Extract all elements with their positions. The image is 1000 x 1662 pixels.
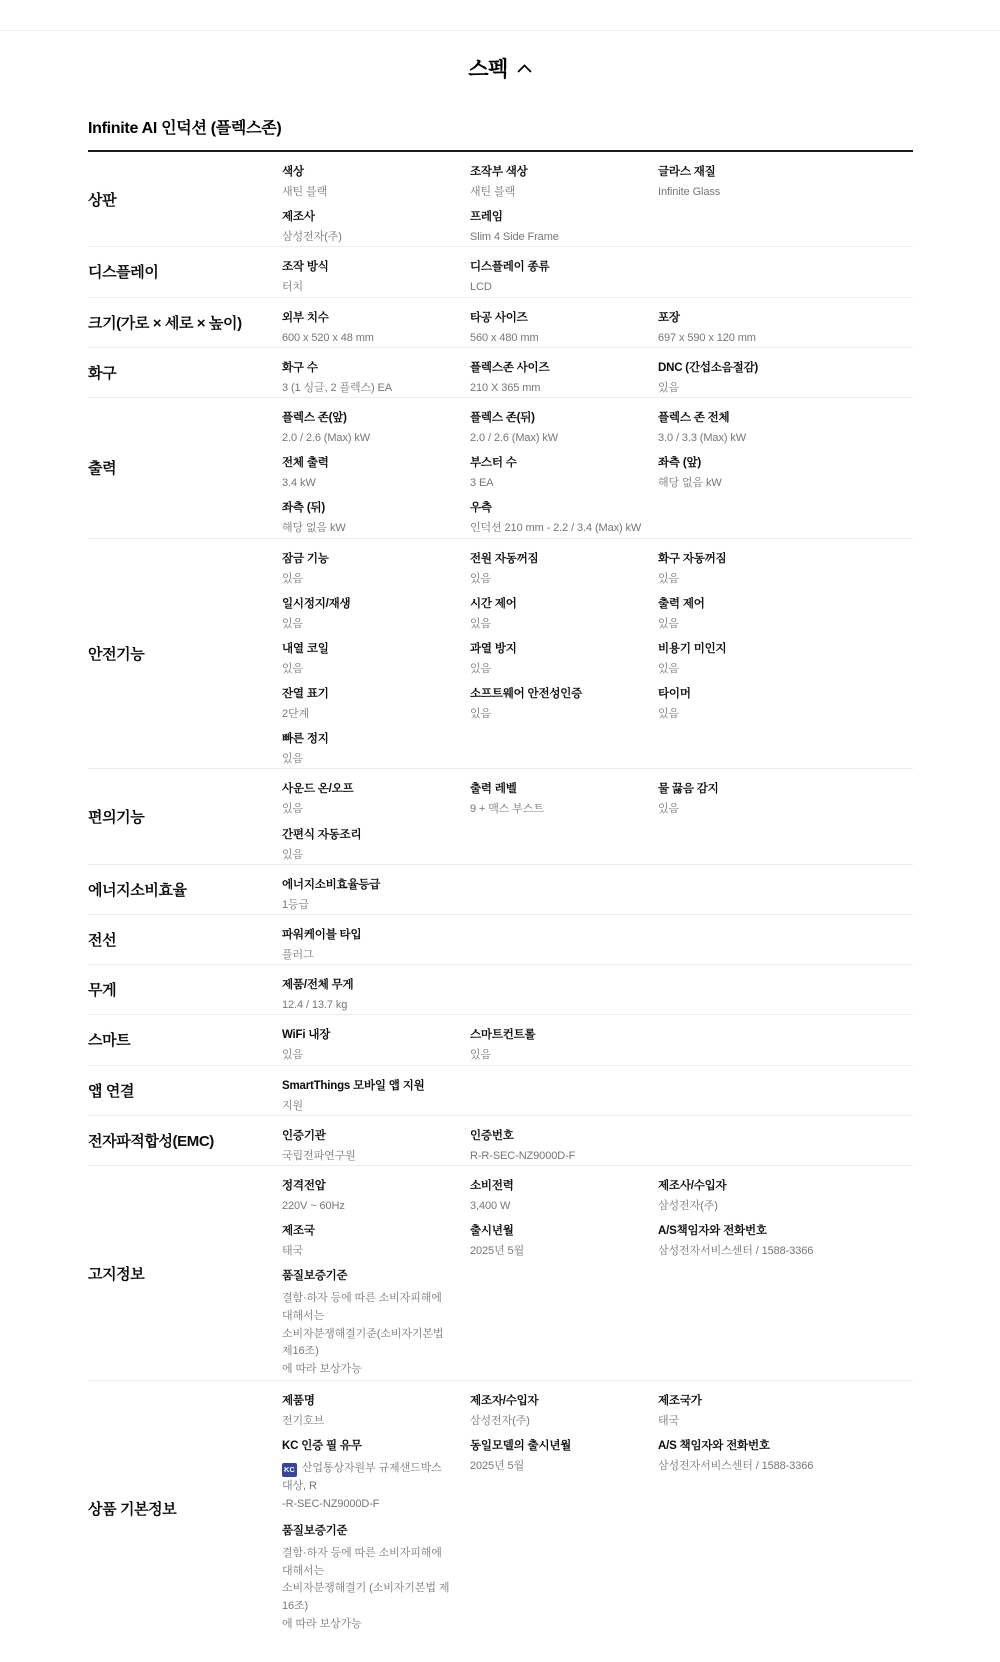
spec-item-value: 플러그 bbox=[282, 949, 454, 962]
spec-row: 전선파워케이블 타입플러그 bbox=[88, 915, 913, 965]
spec-row-items: 화구 수3 (1 싱글, 2 플렉스) EA플렉스존 사이즈210 X 365 … bbox=[282, 350, 913, 395]
spec-item-label: 타공 사이즈 bbox=[470, 309, 642, 325]
spec-item-label: 제조국가 bbox=[658, 1392, 897, 1408]
spec-item: 제품명전기호브 bbox=[282, 1383, 470, 1428]
spec-item: WiFi 내장있음 bbox=[282, 1017, 470, 1062]
spec-row-label: 안전기능 bbox=[88, 643, 282, 664]
spec-row-items: 제품/전체 무게12.4 / 13.7 kg bbox=[282, 967, 913, 1012]
spec-item: 제품/전체 무게12.4 / 13.7 kg bbox=[282, 967, 470, 1012]
spec-item-value: 있음 bbox=[282, 753, 454, 766]
spec-item-label: 사운드 온/오프 bbox=[282, 780, 454, 796]
spec-item: 물 끓음 감지있음 bbox=[658, 771, 913, 816]
kc-certification-icon: KC bbox=[282, 1463, 297, 1477]
spec-row: 상판색상새틴 블랙조작부 색상새틴 블랙글라스 재질Infinite Glass… bbox=[88, 152, 913, 247]
spec-item: 좌측 (뒤)해당 없음 kW bbox=[282, 490, 470, 535]
spec-item: 외부 치수600 x 520 x 48 mm bbox=[282, 300, 470, 345]
spec-row: 디스플레이조작 방식터치디스플레이 종류LCD bbox=[88, 247, 913, 297]
spec-item-label: 잠금 기능 bbox=[282, 550, 454, 566]
spec-row-label: 앱 연결 bbox=[88, 1080, 282, 1101]
spec-item: 간편식 자동조리있음 bbox=[282, 817, 470, 862]
spec-item-label: 일시정지/재생 bbox=[282, 595, 454, 611]
spec-item-value: 3 EA bbox=[470, 477, 642, 490]
spec-item-value: 있음 bbox=[282, 663, 454, 676]
spec-item-label: DNC (간섭소음절감) bbox=[658, 359, 897, 375]
spec-row-label: 편의기능 bbox=[88, 806, 282, 827]
spec-row-label: 화구 bbox=[88, 362, 282, 383]
spec-item-value: 국립전파연구원 bbox=[282, 1150, 454, 1163]
spec-item-label: 인증번호 bbox=[470, 1127, 642, 1143]
spec-item: 전체 출력3.4 kW bbox=[282, 445, 470, 490]
spec-item-label: 디스플레이 종류 bbox=[470, 258, 642, 274]
spec-item: 제조사삼성전자(주) bbox=[282, 199, 470, 244]
spec-item: SmartThings 모바일 앱 지원지원 bbox=[282, 1068, 470, 1113]
spec-row: 전자파적합성(EMC)인증기관국립전파연구원인증번호R-R-SEC-NZ9000… bbox=[88, 1116, 913, 1166]
spec-item-label: 품질보증기준 bbox=[282, 1522, 454, 1538]
spec-row: 에너지소비효율에너지소비효율등급1등급 bbox=[88, 865, 913, 915]
spec-item: 부스터 수3 EA bbox=[470, 445, 658, 490]
spec-item-label: 전원 자동꺼짐 bbox=[470, 550, 642, 566]
spec-item-value: 있음 bbox=[658, 573, 897, 586]
spec-item-label: 플렉스 존 전체 bbox=[658, 409, 897, 425]
spec-item-label: 부스터 수 bbox=[470, 454, 642, 470]
spec-item-label: 파워케이블 타입 bbox=[282, 926, 454, 942]
spec-row: 출력플렉스 존(앞)2.0 / 2.6 (Max) kW플렉스 존(뒤)2.0 … bbox=[88, 398, 913, 539]
spec-item-value: 있음 bbox=[470, 708, 642, 721]
spec-row-label: 디스플레이 bbox=[88, 261, 282, 282]
spec-item: 플렉스존 사이즈210 X 365 mm bbox=[470, 350, 658, 395]
spec-item-label: 소비전력 bbox=[470, 1177, 642, 1193]
spec-item-label: 인증기관 bbox=[282, 1127, 454, 1143]
spec-row-label: 상판 bbox=[88, 189, 282, 210]
spec-item: 출력 제어있음 bbox=[658, 586, 913, 631]
spec-item-label: 빠른 정지 bbox=[282, 730, 454, 746]
spec-item: 조작 방식터치 bbox=[282, 249, 470, 294]
spec-item-value: 600 x 520 x 48 mm bbox=[282, 332, 454, 345]
spec-row-label: 고지정보 bbox=[88, 1263, 282, 1284]
spec-item-value: 있음 bbox=[470, 573, 642, 586]
spec-header: 스펙 bbox=[0, 0, 1000, 84]
spec-item-label: 플렉스존 사이즈 bbox=[470, 359, 642, 375]
spec-row-label: 상품 기본정보 bbox=[88, 1498, 282, 1519]
spec-item: 제조국태국 bbox=[282, 1213, 470, 1258]
spec-item-label: 플렉스 존(뒤) bbox=[470, 409, 642, 425]
spec-item: 좌측 (앞)해당 없음 kW bbox=[658, 445, 913, 490]
spec-row: 편의기능사운드 온/오프있음출력 레벨9 + 맥스 부스트물 끓음 감지있음간편… bbox=[88, 769, 913, 864]
spec-item-label: 정격전압 bbox=[282, 1177, 454, 1193]
spec-item-value: 있음 bbox=[282, 1049, 454, 1062]
spec-content: Infinite AI 인덕션 (플렉스존) 상판색상새틴 블랙조작부 색상새틴… bbox=[88, 115, 913, 1635]
spec-item: 글라스 재질Infinite Glass bbox=[658, 154, 913, 199]
spec-item-value: 새틴 블랙 bbox=[470, 186, 642, 199]
spec-item: 소비전력3,400 W bbox=[470, 1168, 658, 1213]
spec-item-value: 전기호브 bbox=[282, 1415, 454, 1428]
spec-item-label: 과열 방지 bbox=[470, 640, 642, 656]
spec-item-label: 좌측 (뒤) bbox=[282, 499, 454, 515]
spec-section-toggle[interactable]: 스펙 bbox=[462, 52, 538, 84]
spec-item-label: 플렉스 존(앞) bbox=[282, 409, 454, 425]
spec-item-value: Slim 4 Side Frame bbox=[470, 231, 642, 244]
spec-item: 전원 자동꺼짐있음 bbox=[470, 541, 658, 586]
spec-item: 색상새틴 블랙 bbox=[282, 154, 470, 199]
spec-item-value: 2025년 5월 bbox=[470, 1460, 642, 1473]
spec-item: 잔열 표기2단계 bbox=[282, 676, 470, 721]
spec-item-value: 있음 bbox=[282, 849, 454, 862]
spec-item-label: WiFi 내장 bbox=[282, 1026, 454, 1042]
spec-item-label: 스마트컨트롤 bbox=[470, 1026, 642, 1042]
spec-item-value: 태국 bbox=[282, 1245, 454, 1258]
spec-item: 제조자/수입자삼성전자(주) bbox=[470, 1383, 658, 1428]
spec-row-label: 전자파적합성(EMC) bbox=[88, 1130, 282, 1151]
spec-item: 제조국가태국 bbox=[658, 1383, 913, 1428]
spec-item: 포장697 x 590 x 120 mm bbox=[658, 300, 913, 345]
spec-table: 상판색상새틴 블랙조작부 색상새틴 블랙글라스 재질Infinite Glass… bbox=[88, 152, 913, 1635]
spec-item-value: 삼성전자(주) bbox=[470, 1415, 642, 1428]
spec-item-value: 있음 bbox=[470, 663, 642, 676]
spec-item-label: 품질보증기준 bbox=[282, 1267, 454, 1283]
spec-item: 플렉스 존(뒤)2.0 / 2.6 (Max) kW bbox=[470, 400, 658, 445]
spec-row-items: 색상새틴 블랙조작부 색상새틴 블랙글라스 재질Infinite Glass제조… bbox=[282, 154, 913, 244]
spec-item-label: 제품/전체 무게 bbox=[282, 976, 454, 992]
spec-row-items: 잠금 기능있음전원 자동꺼짐있음화구 자동꺼짐있음일시정지/재생있음시간 제어있… bbox=[282, 541, 913, 767]
spec-item-value: KC산업통상자원부 규제샌드박스 대상, R -R-SEC-NZ9000D-F bbox=[282, 1460, 454, 1513]
spec-item-value: 있음 bbox=[658, 708, 897, 721]
spec-row-items: 사운드 온/오프있음출력 레벨9 + 맥스 부스트물 끓음 감지있음간편식 자동… bbox=[282, 771, 913, 861]
spec-item: 제조사/수입자삼성전자(주) bbox=[658, 1168, 913, 1213]
spec-item: 조작부 색상새틴 블랙 bbox=[470, 154, 658, 199]
spec-item-value: 2.0 / 2.6 (Max) kW bbox=[282, 432, 454, 445]
spec-item-label: 타이머 bbox=[658, 685, 897, 701]
spec-item-value: 태국 bbox=[658, 1415, 897, 1428]
spec-item-label: 잔열 표기 bbox=[282, 685, 454, 701]
spec-item-value: 2.0 / 2.6 (Max) kW bbox=[470, 432, 642, 445]
spec-row-label: 크기(가로 × 세로 × 높이) bbox=[88, 312, 282, 333]
spec-item-label: 제조사/수입자 bbox=[658, 1177, 897, 1193]
spec-row-label: 전선 bbox=[88, 929, 282, 950]
spec-row: 상품 기본정보제품명전기호브제조자/수입자삼성전자(주)제조국가태국KC 인증 … bbox=[88, 1381, 913, 1635]
spec-item-label: KC 인증 필 유무 bbox=[282, 1437, 454, 1453]
page-top-divider bbox=[0, 30, 1000, 31]
spec-item-value: 있음 bbox=[470, 1049, 642, 1062]
spec-row: 화구화구 수3 (1 싱글, 2 플렉스) EA플렉스존 사이즈210 X 36… bbox=[88, 348, 913, 398]
spec-item: 파워케이블 타입플러그 bbox=[282, 917, 470, 962]
spec-item: 스마트컨트롤있음 bbox=[470, 1017, 658, 1062]
spec-item-value: 삼성전자(주) bbox=[658, 1200, 897, 1213]
spec-item-value: 220V ~ 60Hz bbox=[282, 1200, 454, 1213]
spec-item-value: 터치 bbox=[282, 281, 454, 294]
spec-item-value: 있음 bbox=[658, 663, 897, 676]
spec-item-label: 조작 방식 bbox=[282, 258, 454, 274]
spec-row-items: 플렉스 존(앞)2.0 / 2.6 (Max) kW플렉스 존(뒤)2.0 / … bbox=[282, 400, 913, 536]
spec-item: 품질보증기준결함·하자 등에 따른 소비자피해에 대해서는 소비자분쟁해결기 (… bbox=[282, 1513, 470, 1633]
spec-item-value: LCD bbox=[470, 281, 642, 294]
spec-item-value: 9 + 맥스 부스트 bbox=[470, 803, 642, 816]
spec-item-value: 삼성전자서비스센터 / 1588-3366 bbox=[658, 1245, 897, 1258]
spec-item-label: A/S 책임자와 전화번호 bbox=[658, 1437, 897, 1453]
spec-item-value: 3.0 / 3.3 (Max) kW bbox=[658, 432, 897, 445]
spec-item: A/S 책임자와 전화번호삼성전자서비스센터 / 1588-3366 bbox=[658, 1428, 913, 1513]
spec-item-label: 포장 bbox=[658, 309, 897, 325]
spec-item: 타공 사이즈560 x 480 mm bbox=[470, 300, 658, 345]
spec-item-value: 2025년 5월 bbox=[470, 1245, 642, 1258]
spec-item-label: 제품명 bbox=[282, 1392, 454, 1408]
spec-row: 크기(가로 × 세로 × 높이)외부 치수600 x 520 x 48 mm타공… bbox=[88, 298, 913, 348]
spec-item-value: 있음 bbox=[282, 803, 454, 816]
spec-row-items: 조작 방식터치디스플레이 종류LCD bbox=[282, 249, 913, 294]
spec-item-label: 출시년월 bbox=[470, 1222, 642, 1238]
spec-item: 디스플레이 종류LCD bbox=[470, 249, 658, 294]
spec-item: DNC (간섭소음절감)있음 bbox=[658, 350, 913, 395]
spec-item-label: 출력 레벨 bbox=[470, 780, 642, 796]
product-series-title: Infinite AI 인덕션 (플렉스존) bbox=[88, 115, 913, 152]
spec-row-items: 에너지소비효율등급1등급 bbox=[282, 867, 913, 912]
spec-item-value: 3,400 W bbox=[470, 1200, 642, 1213]
spec-item-label: 프레임 bbox=[470, 208, 642, 224]
spec-item-value: 있음 bbox=[282, 573, 454, 586]
spec-item-label: 물 끓음 감지 bbox=[658, 780, 897, 796]
spec-item-label: 전체 출력 bbox=[282, 454, 454, 470]
spec-item-value: 새틴 블랙 bbox=[282, 186, 454, 199]
spec-row-items: 제품명전기호브제조자/수입자삼성전자(주)제조국가태국KC 인증 필 유무KC산… bbox=[282, 1383, 913, 1633]
spec-item: 소프트웨어 안전성인증있음 bbox=[470, 676, 658, 721]
spec-item-label: 내열 코일 bbox=[282, 640, 454, 656]
spec-item-value: 있음 bbox=[470, 618, 642, 631]
spec-item-value: R-R-SEC-NZ9000D-F bbox=[470, 1150, 642, 1163]
spec-item-value: 697 x 590 x 120 mm bbox=[658, 332, 897, 345]
spec-item: 인증번호R-R-SEC-NZ9000D-F bbox=[470, 1118, 658, 1163]
spec-row: 앱 연결SmartThings 모바일 앱 지원지원 bbox=[88, 1066, 913, 1116]
spec-item-label: A/S책임자와 전화번호 bbox=[658, 1222, 897, 1238]
spec-row: 안전기능잠금 기능있음전원 자동꺼짐있음화구 자동꺼짐있음일시정지/재생있음시간… bbox=[88, 539, 913, 770]
spec-item-value: 결함·하자 등에 따른 소비자피해에 대해서는 소비자분쟁해결기준(소비자기본법… bbox=[282, 1290, 454, 1378]
spec-item-value: 해당 없음 kW bbox=[658, 477, 897, 490]
spec-item: 동일모델의 출시년월2025년 5월 bbox=[470, 1428, 658, 1513]
spec-item-value: 3 (1 싱글, 2 플렉스) EA bbox=[282, 382, 454, 395]
spec-item-value: 해당 없음 kW bbox=[282, 522, 454, 535]
spec-row-items: 정격전압220V ~ 60Hz소비전력3,400 W제조사/수입자삼성전자(주)… bbox=[282, 1168, 913, 1378]
spec-item-value: 삼성전자(주) bbox=[282, 231, 454, 244]
spec-item: 품질보증기준결함·하자 등에 따른 소비자피해에 대해서는 소비자분쟁해결기준(… bbox=[282, 1258, 470, 1378]
spec-item: 우측인덕션 210 mm - 2.2 / 3.4 (Max) kW bbox=[470, 490, 658, 535]
spec-row-label: 에너지소비효율 bbox=[88, 879, 282, 900]
spec-item-value: 12.4 / 13.7 kg bbox=[282, 999, 454, 1012]
spec-item-label: 외부 치수 bbox=[282, 309, 454, 325]
spec-item-label: 소프트웨어 안전성인증 bbox=[470, 685, 642, 701]
spec-item-label: 글라스 재질 bbox=[658, 163, 897, 179]
spec-row-items: 외부 치수600 x 520 x 48 mm타공 사이즈560 x 480 mm… bbox=[282, 300, 913, 345]
spec-row-label: 스마트 bbox=[88, 1029, 282, 1050]
spec-item: 일시정지/재생있음 bbox=[282, 586, 470, 631]
spec-row: 스마트WiFi 내장있음스마트컨트롤있음 bbox=[88, 1015, 913, 1065]
spec-item: 화구 수3 (1 싱글, 2 플렉스) EA bbox=[282, 350, 470, 395]
spec-item: 과열 방지있음 bbox=[470, 631, 658, 676]
spec-item-value: 2단계 bbox=[282, 708, 454, 721]
spec-item-value: 지원 bbox=[282, 1100, 454, 1113]
spec-item-label: 제조자/수입자 bbox=[470, 1392, 642, 1408]
spec-item-value: 1등급 bbox=[282, 899, 454, 912]
spec-item-value: 210 X 365 mm bbox=[470, 382, 642, 395]
spec-item-label: 비용기 미인지 bbox=[658, 640, 897, 656]
spec-item: 잠금 기능있음 bbox=[282, 541, 470, 586]
spec-row-items: SmartThings 모바일 앱 지원지원 bbox=[282, 1068, 913, 1113]
spec-item: 타이머있음 bbox=[658, 676, 913, 721]
spec-row-items: 파워케이블 타입플러그 bbox=[282, 917, 913, 962]
spec-item: 화구 자동꺼짐있음 bbox=[658, 541, 913, 586]
spec-item: 빠른 정지있음 bbox=[282, 721, 470, 766]
spec-item-value: 있음 bbox=[282, 618, 454, 631]
spec-row-label: 무게 bbox=[88, 979, 282, 1000]
spec-item: 출력 레벨9 + 맥스 부스트 bbox=[470, 771, 658, 816]
spec-item-label: 화구 수 bbox=[282, 359, 454, 375]
spec-item: KC 인증 필 유무KC산업통상자원부 규제샌드박스 대상, R -R-SEC-… bbox=[282, 1428, 470, 1513]
spec-item-value: 560 x 480 mm bbox=[470, 332, 642, 345]
spec-item-value: 있음 bbox=[658, 618, 897, 631]
spec-item: A/S책임자와 전화번호삼성전자서비스센터 / 1588-3366 bbox=[658, 1213, 913, 1258]
spec-item: 프레임Slim 4 Side Frame bbox=[470, 199, 658, 244]
spec-item-value: Infinite Glass bbox=[658, 186, 897, 199]
spec-item-value: 삼성전자서비스센터 / 1588-3366 bbox=[658, 1460, 897, 1473]
spec-section-title: 스펙 bbox=[468, 53, 508, 83]
chevron-up-icon[interactable] bbox=[517, 64, 532, 73]
spec-row: 고지정보정격전압220V ~ 60Hz소비전력3,400 W제조사/수입자삼성전… bbox=[88, 1166, 913, 1381]
spec-row: 무게제품/전체 무게12.4 / 13.7 kg bbox=[88, 965, 913, 1015]
spec-item-label: 우측 bbox=[470, 499, 642, 515]
spec-item: 비용기 미인지있음 bbox=[658, 631, 913, 676]
spec-item-value: 인덕션 210 mm - 2.2 / 3.4 (Max) kW bbox=[470, 522, 642, 535]
spec-item-value: 있음 bbox=[658, 382, 897, 395]
spec-item-label: 화구 자동꺼짐 bbox=[658, 550, 897, 566]
spec-item: 인증기관국립전파연구원 bbox=[282, 1118, 470, 1163]
spec-item-value: 3.4 kW bbox=[282, 477, 454, 490]
spec-item: 플렉스 존 전체3.0 / 3.3 (Max) kW bbox=[658, 400, 913, 445]
spec-item-label: 좌측 (앞) bbox=[658, 454, 897, 470]
spec-item-label: 출력 제어 bbox=[658, 595, 897, 611]
spec-item: 에너지소비효율등급1등급 bbox=[282, 867, 470, 912]
spec-row-items: WiFi 내장있음스마트컨트롤있음 bbox=[282, 1017, 913, 1062]
spec-item: 정격전압220V ~ 60Hz bbox=[282, 1168, 470, 1213]
spec-item-label: SmartThings 모바일 앱 지원 bbox=[282, 1077, 454, 1093]
spec-item: 내열 코일있음 bbox=[282, 631, 470, 676]
spec-item-label: 제조국 bbox=[282, 1222, 454, 1238]
spec-item-label: 조작부 색상 bbox=[470, 163, 642, 179]
spec-item: 사운드 온/오프있음 bbox=[282, 771, 470, 816]
spec-item-label: 동일모델의 출시년월 bbox=[470, 1437, 642, 1453]
spec-item-label: 간편식 자동조리 bbox=[282, 826, 454, 842]
spec-item: 출시년월2025년 5월 bbox=[470, 1213, 658, 1258]
spec-item: 시간 제어있음 bbox=[470, 586, 658, 631]
spec-row-label: 출력 bbox=[88, 457, 282, 478]
spec-item-label: 시간 제어 bbox=[470, 595, 642, 611]
spec-item: 플렉스 존(앞)2.0 / 2.6 (Max) kW bbox=[282, 400, 470, 445]
spec-item-label: 색상 bbox=[282, 163, 454, 179]
spec-row-items: 인증기관국립전파연구원인증번호R-R-SEC-NZ9000D-F bbox=[282, 1118, 913, 1163]
spec-item-label: 제조사 bbox=[282, 208, 454, 224]
spec-item-value: 결함·하자 등에 따른 소비자피해에 대해서는 소비자분쟁해결기 (소비자기본법… bbox=[282, 1545, 454, 1633]
spec-item-value: 있음 bbox=[658, 803, 897, 816]
spec-item-label: 에너지소비효율등급 bbox=[282, 876, 454, 892]
